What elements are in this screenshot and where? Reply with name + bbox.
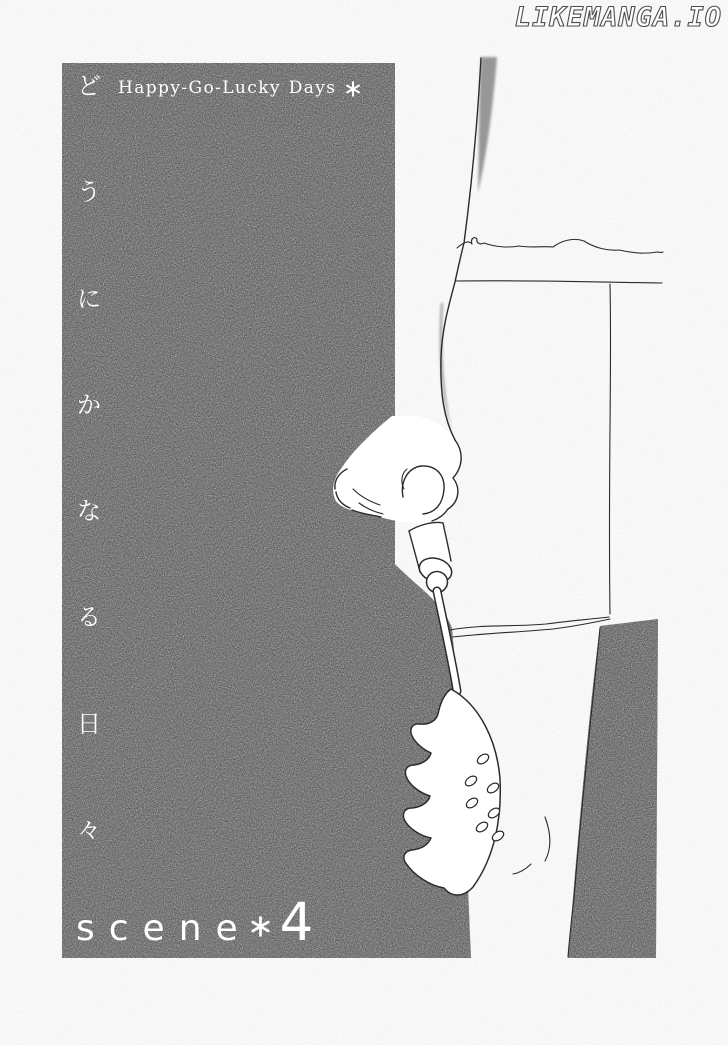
series-title-en: Happy-Go-Lucky Days [118, 78, 336, 98]
figure-holding-slotted-spatula-illustration [0, 0, 728, 1045]
scene-label-row: scene 4 [76, 896, 313, 949]
series-title-jp-vertical: ど う に か な る 日 々 [74, 72, 104, 844]
series-title-row: Happy-Go-Lucky Days [118, 78, 361, 98]
scene-number: 4 [280, 896, 314, 949]
site-watermark: LIKEMANGA.IO [515, 3, 722, 33]
asterisk-icon [250, 916, 271, 937]
scene-word: scene [76, 908, 252, 949]
jp-char: 日 [74, 710, 104, 738]
manga-page[interactable]: LIKEMANGA.IO Happy-Go-Lucky Days ど う に か… [0, 0, 728, 1045]
asterisk-icon [345, 81, 361, 97]
jp-char: ど [74, 72, 104, 100]
jp-char: か [74, 391, 104, 419]
jp-char: 々 [74, 816, 104, 844]
jp-char: る [74, 603, 104, 631]
jp-char: な [74, 497, 104, 525]
jp-char: に [74, 285, 104, 313]
jp-char: う [74, 178, 104, 206]
